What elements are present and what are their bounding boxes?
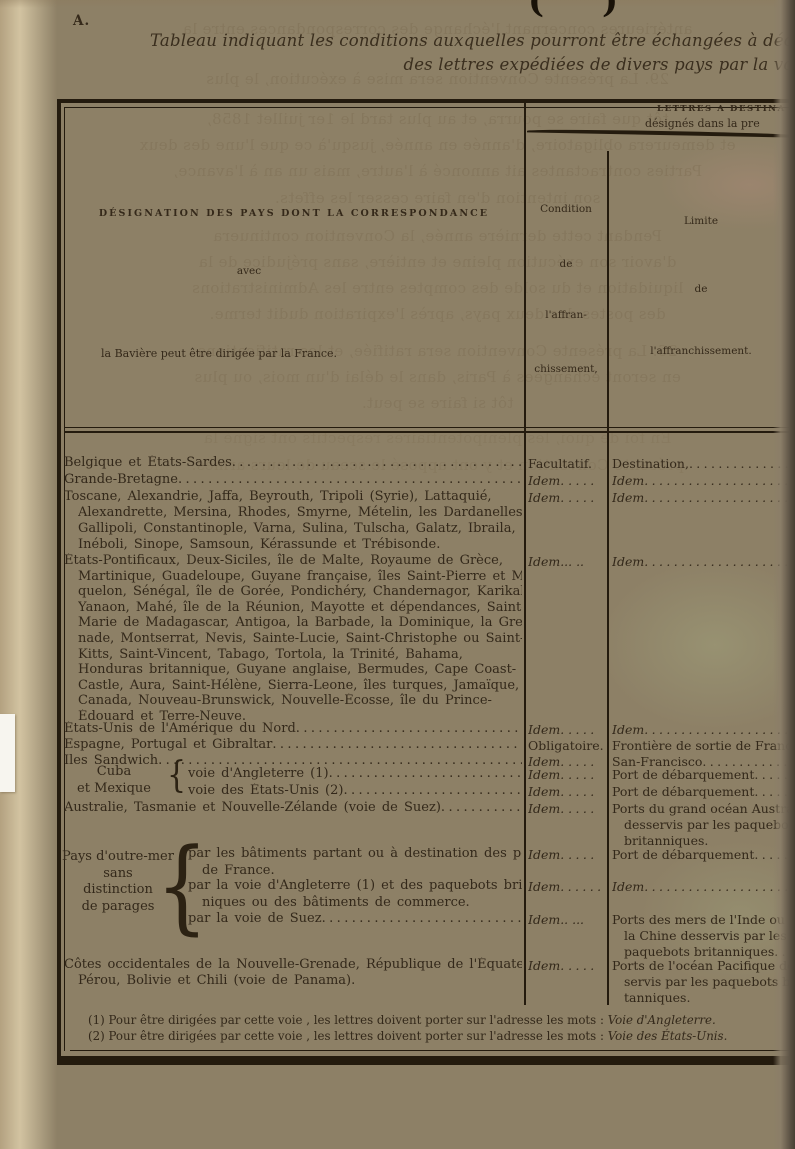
- country-cell: Côtes occidentales de la Nouvelle-Grenad…: [64, 957, 522, 972]
- col2-header-2: de: [524, 258, 608, 270]
- group-header-line1: LETTRES A DESTINA: [657, 104, 786, 114]
- country-cell: nade, Montserrat, Nevis, Sainte-Lucie, S…: [78, 631, 522, 646]
- page-top-edge-shading: [0, 0, 795, 8]
- page-corner-label: A.: [73, 13, 90, 29]
- footnote-2-emphasis: Voie des États-Unis.: [608, 1029, 728, 1043]
- col1-header-line2: avec: [64, 265, 434, 277]
- country-cell: États-Unis de l'Amérique du Nord........…: [64, 721, 522, 736]
- bleedthrough-line: en seront échangées à Paris, dans le dél…: [85, 368, 790, 386]
- country-cell: Canada, Nouveau-Brunswick, Nouvelle-Écos…: [78, 693, 522, 708]
- page-left-edge-shading: [0, 0, 57, 1149]
- bleedthrough-line: Parties contractantes ait annoncé à l'au…: [85, 162, 790, 180]
- footnote-2-text: (2) Pour être dirigées par cette voie , …: [88, 1029, 608, 1043]
- stain-green: [600, 560, 795, 730]
- bleedthrough-line: des postes des deux pays, après l'expira…: [85, 305, 790, 323]
- country-cell: voie des États-Unis (2).................…: [188, 783, 522, 798]
- table-border-bottom-thin: [70, 1050, 795, 1051]
- condition-cell: Idem. ....: [528, 784, 606, 799]
- limit-cell: Destination,............................…: [612, 456, 795, 471]
- country-cell: Honduras britannique, Guyane anglaise, B…: [78, 662, 522, 677]
- bleedthrough-line: Pendant cette dernière année, la Convent…: [85, 227, 790, 245]
- condition-cell: Idem. ....: [528, 958, 606, 973]
- cropped-parenthesis-left: (: [528, 0, 544, 21]
- country-cell: niques ou des bâtiments de commerce.: [202, 895, 522, 910]
- table-border-bottom-thick: [57, 1056, 795, 1065]
- scan-notch: [0, 714, 15, 792]
- limit-cell: Idem....................................…: [612, 879, 795, 894]
- condition-cell: Idem. ....: [528, 722, 606, 737]
- group-brace: {: [167, 758, 186, 794]
- col1-header-line3: la Bavière peut être dirigée par la Fran…: [64, 347, 374, 360]
- limit-cell: Port de débarquement............: [612, 847, 795, 862]
- footnote-2: (2) Pour être dirigées par cette voie , …: [88, 1029, 727, 1043]
- condition-cell: Idem. ....: [528, 473, 606, 488]
- condition-cell: Idem.. ...: [528, 912, 606, 927]
- country-cell: quelon, Sénégal, île de Gorée, Pondichér…: [78, 584, 522, 599]
- limit-cell: Idem....................................…: [612, 722, 795, 737]
- col3-header-2: de: [607, 283, 795, 295]
- country-cell: Pérou, Bolivie et Chili (voie de Panama)…: [78, 973, 522, 988]
- bleedthrough-line: tôt si faire se peut.: [85, 394, 790, 412]
- condition-cell: Idem......: [528, 879, 606, 894]
- country-cell: Gallipoli, Constantinople, Varna, Sulina…: [78, 521, 522, 536]
- limit-cell: tanniques.: [624, 990, 795, 1005]
- bleedthrough-line: son intention d'en faire cesser les effe…: [85, 189, 790, 207]
- country-cell: de France.: [202, 863, 522, 878]
- table-title-line1: Tableau indiquant les conditions auxquel…: [150, 31, 795, 50]
- header-body-rule-thin: [64, 427, 795, 428]
- table-title-line2: des lettres expédiées de divers pays par…: [403, 55, 795, 74]
- limit-cell: Idem....................................…: [612, 473, 795, 488]
- country-cell: Inéboli, Sinope, Samsoun, Kérassunde et …: [78, 537, 522, 552]
- country-cell: Toscane, Alexandrie, Jaffa, Beyrouth, Tr…: [64, 489, 522, 504]
- column-divider-2: [607, 151, 609, 1005]
- country-cell: par la voie de Suez.....................…: [188, 911, 522, 926]
- country-cell: États-Pontificaux, Deux-Siciles, île de …: [64, 553, 522, 568]
- col3-header-3: l'affranchissement.: [607, 345, 795, 357]
- country-cell: Alexandrette, Mersina, Rhodes, Smyrne, M…: [78, 505, 522, 520]
- table-border-top-thick: [57, 99, 795, 103]
- limit-cell: Ports du grand océan Austra: [612, 801, 795, 816]
- group-header-line2: désignés dans la pre: [645, 117, 760, 130]
- col1-header-line1: DÉSIGNATION DES PAYS DONT LA CORRESPONDA…: [64, 208, 524, 219]
- scanned-page: ( ) antérieures concernant l'échange des…: [0, 0, 795, 1149]
- limit-cell: paquebots britanniques....: [624, 944, 795, 959]
- limit-cell: Frontière de sortie de France: [612, 738, 795, 753]
- country-cell: par la voie d'Angleterre (1) et des paqu…: [188, 878, 522, 893]
- country-cell: Grande-Bretagne.........................…: [64, 472, 522, 487]
- condition-cell: Idem... ..: [528, 554, 606, 569]
- limit-cell: Idem....................................…: [612, 554, 795, 569]
- footnote-1: (1) Pour être dirigées par cette voie , …: [88, 1013, 716, 1027]
- condition-cell: Idem. ....: [528, 767, 606, 782]
- limit-cell: Ports des mers de l'Inde ou d: [612, 912, 795, 927]
- group-label: et Mexique: [60, 781, 168, 796]
- col2-header-1: Condition: [524, 203, 608, 215]
- condition-cell: Obligatoire.: [528, 738, 606, 753]
- country-cell: Yanaon, Mahé, île de la Réunion, Mayotte…: [78, 600, 522, 615]
- header-body-rule-thick: [64, 431, 795, 433]
- page-right-edge-shadow: [773, 0, 795, 1149]
- country-cell: par les bâtiments partant ou à destinati…: [188, 846, 522, 861]
- group-brace: {: [156, 836, 208, 939]
- col2-header-4: chissement,: [524, 363, 608, 375]
- limit-cell: Port de débarquement............: [612, 784, 795, 799]
- country-cell: Kitts, Saint-Vincent, Tabago, Tortola, l…: [78, 647, 522, 662]
- limit-cell: servis par les paquebots bri: [624, 974, 795, 989]
- condition-cell: Idem. ....: [528, 490, 606, 505]
- country-cell: Espagne, Portugal et Gibraltar..........…: [64, 737, 522, 752]
- limit-cell: la Chine desservis par les: [624, 928, 795, 943]
- country-cell: voie d'Angleterre (1)...................…: [188, 766, 522, 781]
- col2-header-3: l'affran-: [524, 309, 608, 321]
- footnote-1-text: (1) Pour être dirigées par cette voie , …: [88, 1013, 608, 1027]
- condition-cell: Idem. ....: [528, 847, 606, 862]
- condition-cell: Idem. ....: [528, 801, 606, 816]
- bleedthrough-line: et demeurera obligatoire, d'année en ann…: [85, 136, 790, 154]
- condition-cell: Facultatif.: [528, 456, 606, 471]
- country-cell: Martinique, Guadeloupe, Guyane française…: [78, 569, 522, 584]
- column-divider-1: [524, 99, 526, 1005]
- country-cell: Belgique et États-Sardes................…: [64, 455, 522, 470]
- footnote-1-emphasis: Voie d'Angleterre.: [608, 1013, 716, 1027]
- table-border-left-thick: [57, 99, 61, 1065]
- country-cell: Marie de Madagascar, Antigoa, la Barbade…: [78, 615, 522, 630]
- limit-cell: Idem....................................…: [612, 490, 795, 505]
- limit-cell: britanniques.: [624, 833, 795, 848]
- limit-cell: Ports de l'océan Pacifique de: [612, 958, 795, 973]
- group-label: Cuba: [60, 764, 168, 779]
- country-cell: Australie, Tasmanie et Nouvelle-Zélande …: [64, 800, 522, 815]
- col3-header-1: Limite: [607, 215, 795, 227]
- limit-cell: desservis par les paquebot: [624, 817, 795, 832]
- country-cell: Castle, Aura, Saint-Hélène, Sierra-Leone…: [78, 678, 522, 693]
- limit-cell: Port de débarquement............: [612, 767, 795, 782]
- cropped-parenthesis-right: ): [602, 0, 618, 21]
